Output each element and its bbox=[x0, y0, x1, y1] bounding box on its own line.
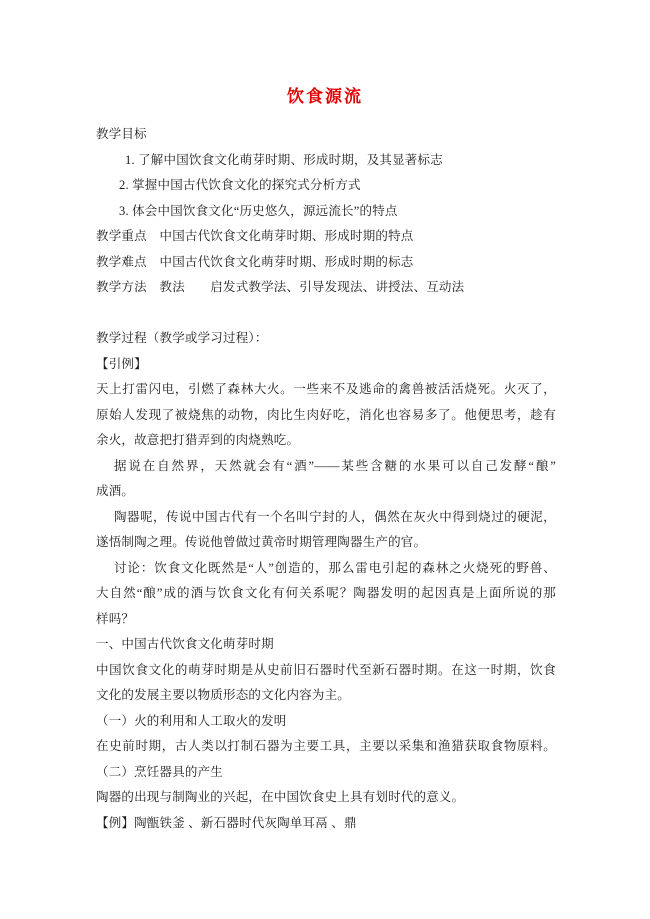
intro-example-text-line: 天上打雷闪电，引燃了森林大火。一些来不及逃命的禽兽被活活烧死。火灭了， bbox=[96, 377, 556, 403]
pottery-legend-text-line: 遂悟制陶之理。传说他曾做过黄帝时期管理陶器生产的官。 bbox=[96, 530, 556, 556]
discussion-text-line: 大自然“酿”成的酒与饮食文化有何关系呢？陶器发明的起因真是上面所说的那 bbox=[96, 581, 556, 607]
wine-origin-text-line: 成酒。 bbox=[96, 479, 556, 505]
section-1-text-line: 文化的发展主要以物质形态的文化内容为主。 bbox=[96, 683, 556, 709]
example-items-line: 【例】陶甑铁釜 、新石器时代灰陶单耳鬲 、鼎 bbox=[96, 811, 556, 837]
intro-example-label: 【引例】 bbox=[96, 352, 556, 378]
goal-item-2: 2. 掌握中国古代饮食文化的探究式分析方式 bbox=[96, 173, 556, 199]
section-1-text-line: 中国饮食文化的萌芽时期是从史前旧石器时代至新石器时期。在这一时期，饮食 bbox=[96, 658, 556, 684]
document-page: 饮食源流 教学目标 1. 了解中国饮食文化萌芽时期、形成时期，及其显著标志 2.… bbox=[0, 0, 650, 919]
subsection-1-heading: （一）火的利用和人工取火的发明 bbox=[96, 709, 556, 735]
document-body: 教学目标 1. 了解中国饮食文化萌芽时期、形成时期，及其显著标志 2. 掌握中国… bbox=[96, 122, 556, 836]
teaching-method-line: 教学方法 教法 启发式教学法、引导发现法、讲授法、互动法 bbox=[96, 275, 556, 301]
wine-origin-text-line: 据说在自然界，天然就会有“酒”——某些含糖的水果可以自己发酵“酿” bbox=[96, 454, 556, 480]
teaching-difficulty-line: 教学难点 中国古代饮食文化萌芽时期、形成时期的标志 bbox=[96, 250, 556, 276]
page-title: 饮食源流 bbox=[0, 84, 650, 110]
goal-item-1: 1. 了解中国饮食文化萌芽时期、形成时期，及其显著标志 bbox=[96, 148, 556, 174]
intro-example-text-line: 原始人发现了被烧焦的动物，肉比生肉好吃，消化也容易多了。他便思考，趁有 bbox=[96, 403, 556, 429]
intro-example-text-line: 余火，故意把打猎弄到的肉烧熟吃。 bbox=[96, 428, 556, 454]
subsection-2-heading: （二）烹饪器具的产生 bbox=[96, 760, 556, 786]
section-1-heading: 一、中国古代饮食文化萌芽时期 bbox=[96, 632, 556, 658]
subsection-2-text-line: 陶器的出现与制陶业的兴起，在中国饮食史上具有划时代的意义。 bbox=[96, 785, 556, 811]
subsection-1-text-line: 在史前时期，古人类以打制石器为主要工具，主要以采集和渔猎获取食物原料。 bbox=[96, 734, 556, 760]
discussion-text-line: 讨论：饮食文化既然是“人”创造的，那么雷电引起的森林之火烧死的野兽、 bbox=[96, 556, 556, 582]
goal-item-3: 3. 体会中国饮食文化“历史悠久，源远流长”的特点 bbox=[96, 199, 556, 225]
discussion-text-line: 样吗？ bbox=[96, 607, 556, 633]
teaching-goals-heading: 教学目标 bbox=[96, 122, 556, 148]
blank-line bbox=[96, 301, 556, 327]
teaching-focus-line: 教学重点 中国古代饮食文化萌芽时期、形成时期的特点 bbox=[96, 224, 556, 250]
teaching-process-heading: 教学过程（教学或学习过程）： bbox=[96, 326, 556, 352]
pottery-legend-text-line: 陶器呢，传说中国古代有一个名叫宁封的人，偶然在灰火中得到烧过的硬泥， bbox=[96, 505, 556, 531]
